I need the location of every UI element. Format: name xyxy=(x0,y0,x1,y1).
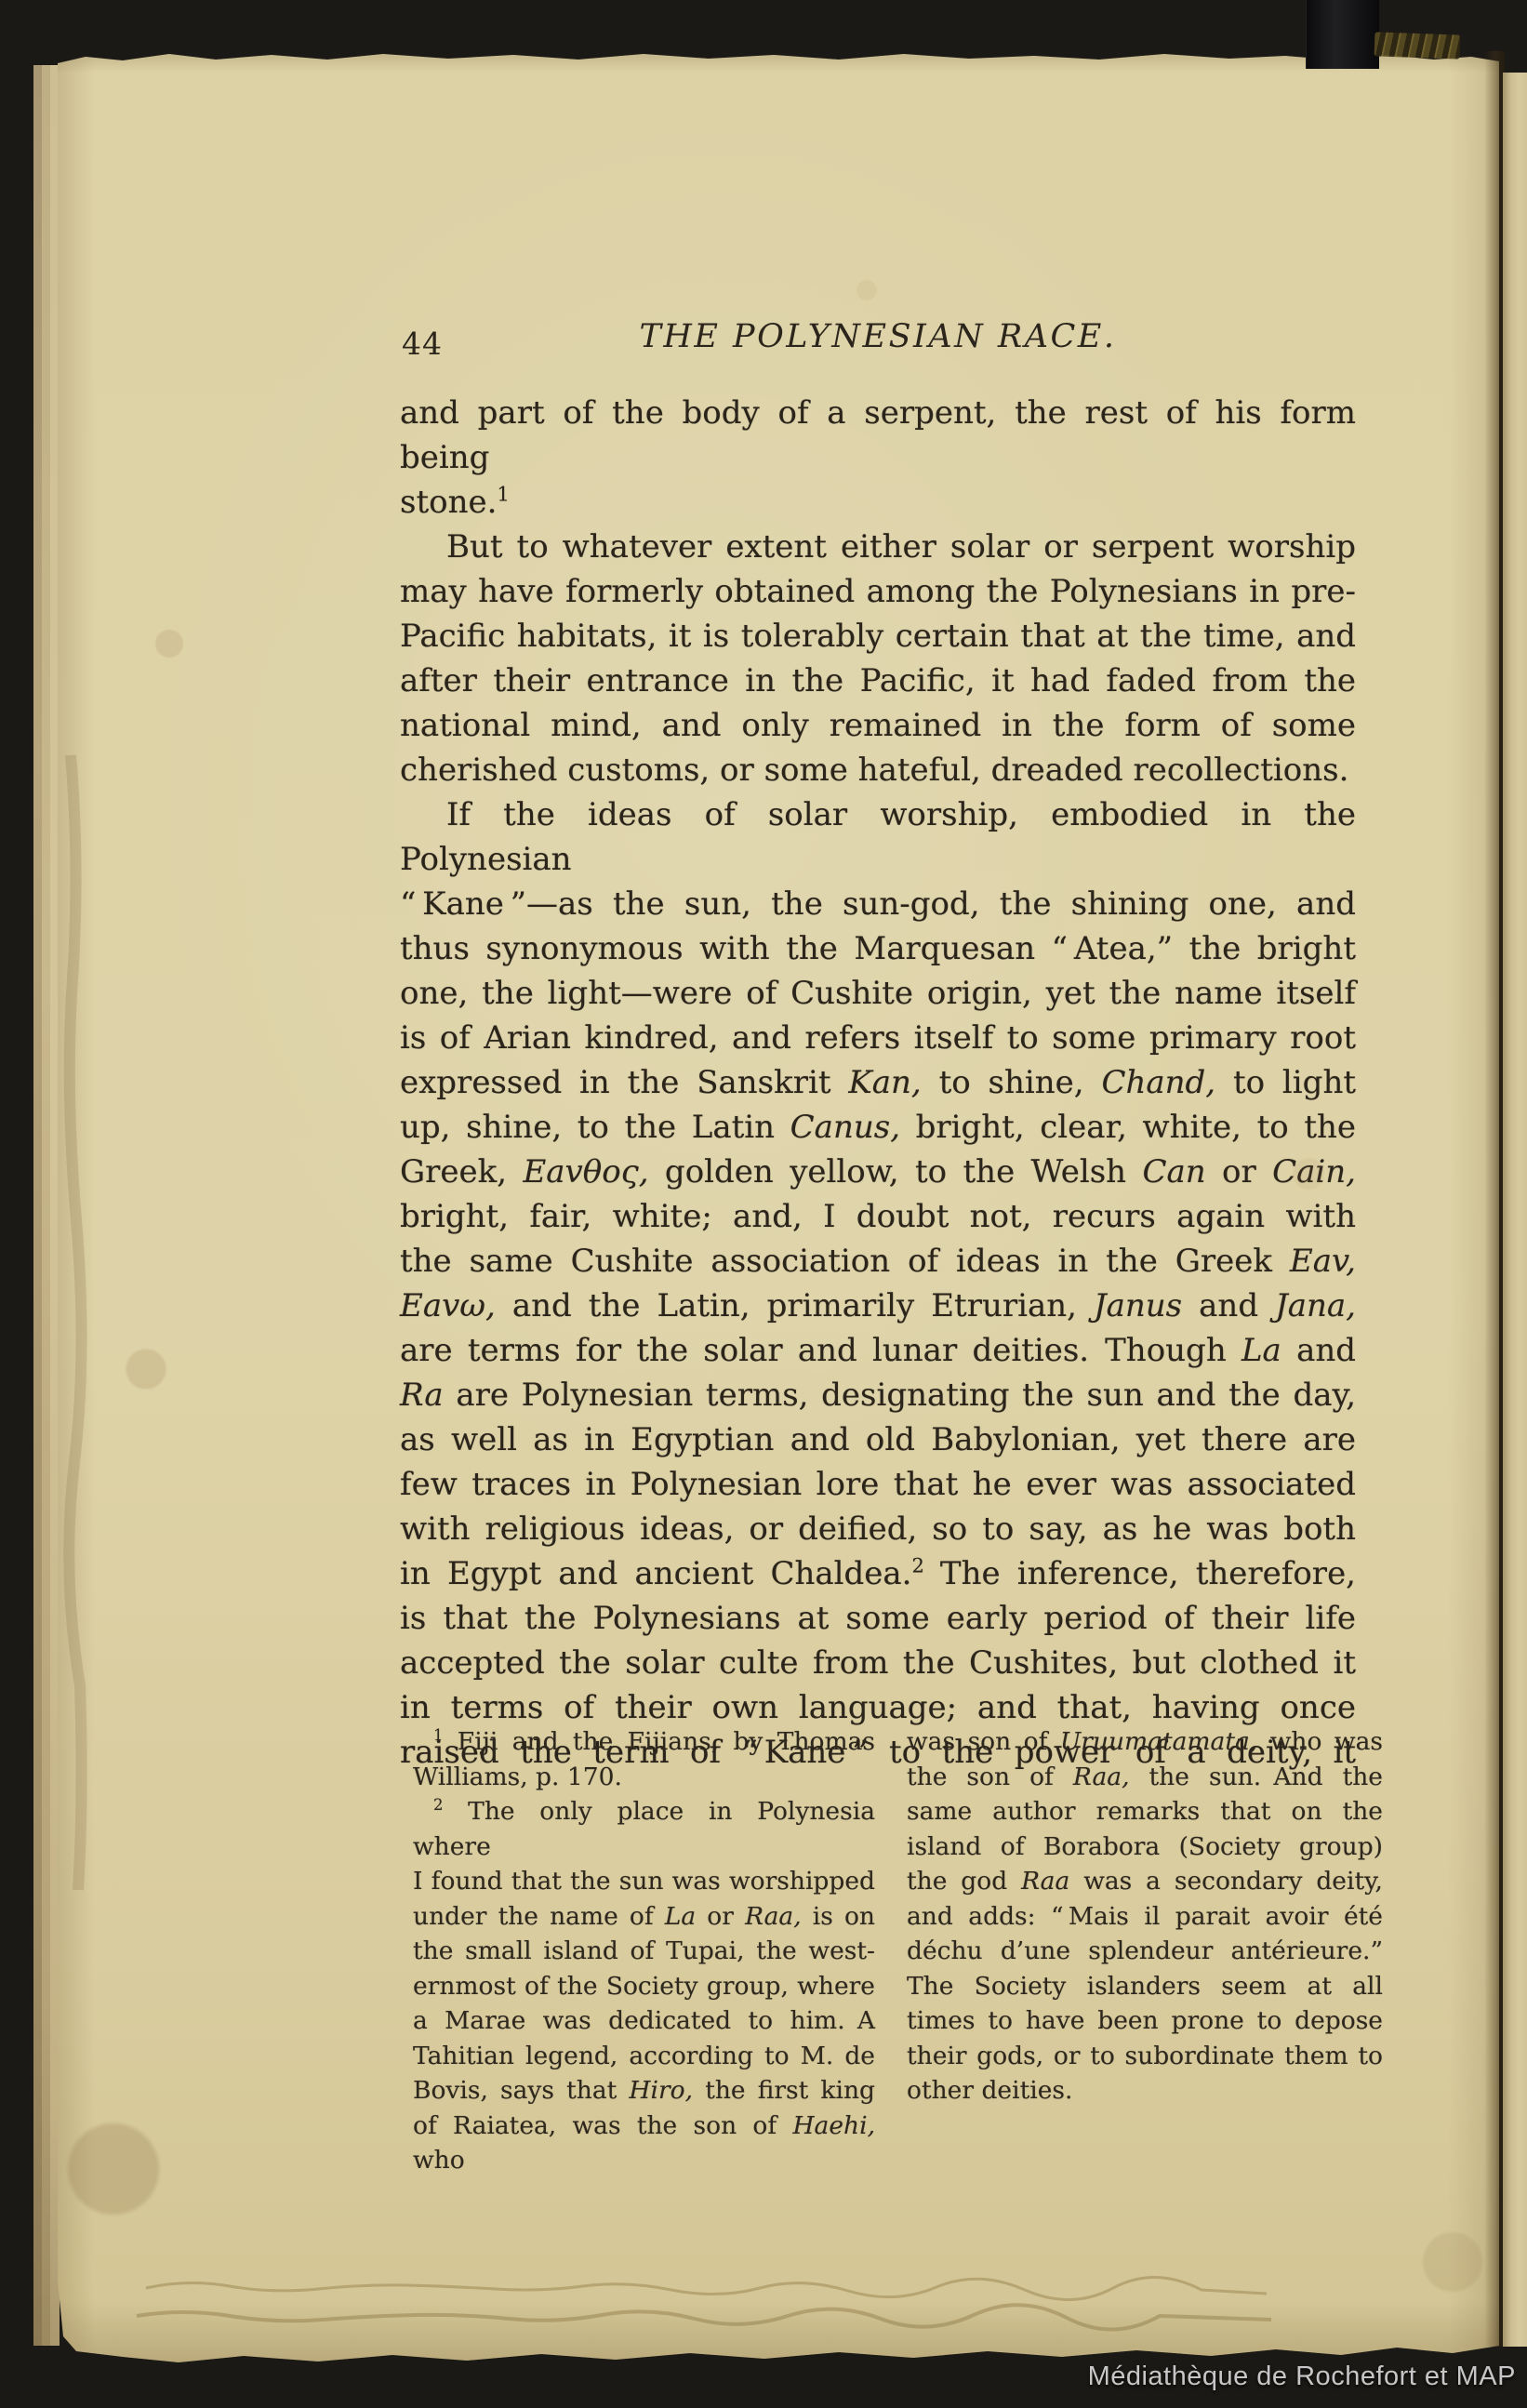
text-line: Bovis, says that Hiro, the first king xyxy=(413,2073,875,2109)
page-header: 44 THE POLYNESIAN RACE. xyxy=(400,318,1356,365)
text-line: “ Kane ”—as the sun, the sun-god, the sh… xyxy=(400,882,1356,926)
running-title: THE POLYNESIAN RACE. xyxy=(400,318,1356,355)
page-gutter-shadow xyxy=(1484,51,1505,2347)
text-line: But to whatever extent either solar or s… xyxy=(400,525,1356,569)
footnote-column-right: was son of Uruumatamata, who wasthe son … xyxy=(907,1724,1383,2109)
text-line: If the ideas of solar worship, embodied … xyxy=(400,792,1356,882)
text-line: a Marae was dedicated to him. A xyxy=(413,2003,875,2039)
text-line: island of Borabora (Society group) xyxy=(907,1829,1383,1865)
text-line: under the name of La or Raa, is on xyxy=(413,1899,875,1935)
text-line: of Raiatea, was the son of Haehi, who xyxy=(413,2109,875,2178)
text-line: other deities. xyxy=(907,2073,1383,2109)
text-line: are terms for the solar and lunar deitie… xyxy=(400,1328,1356,1373)
book-page: 44 THE POLYNESIAN RACE. and part of the … xyxy=(58,48,1499,2366)
book-headband xyxy=(1374,32,1461,59)
text-line: cherished customs, or some hateful, drea… xyxy=(400,748,1356,792)
text-line: is that the Polynesians at some early pe… xyxy=(400,1596,1356,1641)
text-line: Greek, Eavθος, golden yellow, to the Wel… xyxy=(400,1150,1356,1194)
text-line: their gods, or to subordinate them to xyxy=(907,2039,1383,2074)
text-line: bright, fair, white; and, I doubt not, r… xyxy=(400,1194,1356,1239)
text-line: with religious ideas, or deified, so to … xyxy=(400,1507,1356,1551)
text-line: I found that the sun was worshipped xyxy=(413,1864,875,1899)
text-line: in Egypt and ancient Chaldea.2 The infer… xyxy=(400,1551,1356,1596)
text-line: Eavω, and the Latin, primarily Etrurian,… xyxy=(400,1284,1356,1328)
text-line: as well as in Egyptian and old Babylonia… xyxy=(400,1417,1356,1462)
text-line: the same Cushite association of ideas in… xyxy=(400,1239,1356,1284)
text-line: same author remarks that on the xyxy=(907,1794,1383,1829)
text-line: Ra are Polynesian terms, designating the… xyxy=(400,1373,1356,1417)
text-line: ernmost of the Society group, where xyxy=(413,1969,875,2004)
text-line: up, shine, to the Latin Canus, bright, c… xyxy=(400,1105,1356,1150)
text-line: 2 The only place in Polynesia where xyxy=(413,1794,875,1864)
text-line: Williams, p. 170. xyxy=(413,1760,875,1795)
text-line: is of Arian kindred, and refers itself t… xyxy=(400,1016,1356,1060)
adjacent-page-edge xyxy=(1503,73,1527,2347)
text-line: in terms of their own language; and that… xyxy=(400,1685,1356,1730)
text-line: Pacific habitats, it is tolerably certai… xyxy=(400,614,1356,659)
text-line: expressed in the Sanskrit Kan, to shine,… xyxy=(400,1060,1356,1105)
page-edge-stack xyxy=(42,65,50,2346)
body-text: and part of the body of a serpent, the r… xyxy=(400,391,1356,1775)
text-line: after their entrance in the Pacific, it … xyxy=(400,659,1356,703)
text-line: accepted the solar culte from the Cushit… xyxy=(400,1641,1356,1685)
text-line: and part of the body of a serpent, the r… xyxy=(400,391,1356,480)
text-line: The Society islanders seem at all xyxy=(907,1969,1383,2004)
text-line: the small island of Tupai, the west- xyxy=(413,1934,875,1969)
text-line: the son of Raa, the sun. And the xyxy=(907,1760,1383,1795)
page-edge-stack xyxy=(33,65,42,2346)
text-line: déchu d’une splendeur antérieure.” xyxy=(907,1934,1383,1969)
text-line: times to have been prone to depose xyxy=(907,2003,1383,2039)
text-line: was son of Uruumatamata, who was xyxy=(907,1724,1383,1760)
text-line: the god Raa was a secondary deity, xyxy=(907,1864,1383,1899)
book-clamp xyxy=(1306,0,1379,69)
text-line: few traces in Polynesian lore that he ev… xyxy=(400,1462,1356,1507)
text-line: thus synonymous with the Marquesan “ Ate… xyxy=(400,926,1356,971)
footnote-column-left: 1 Fiji and the Fijians, by ThomasWilliam… xyxy=(413,1724,875,2178)
watermark: Médiathèque de Rochefort et MAP xyxy=(1088,2361,1516,2392)
book-scan-scene: 44 THE POLYNESIAN RACE. and part of the … xyxy=(0,0,1527,2408)
text-line: 1 Fiji and the Fijians, by Thomas xyxy=(413,1724,875,1760)
text-line: one, the light—were of Cushite origin, y… xyxy=(400,971,1356,1016)
text-line: may have formerly obtained among the Pol… xyxy=(400,569,1356,614)
text-line: and adds: “ Mais il parait avoir été xyxy=(907,1899,1383,1935)
text-line: stone.1 xyxy=(400,480,1356,525)
text-line: national mind, and only remained in the … xyxy=(400,703,1356,748)
text-line: Tahitian legend, according to M. de xyxy=(413,2039,875,2074)
